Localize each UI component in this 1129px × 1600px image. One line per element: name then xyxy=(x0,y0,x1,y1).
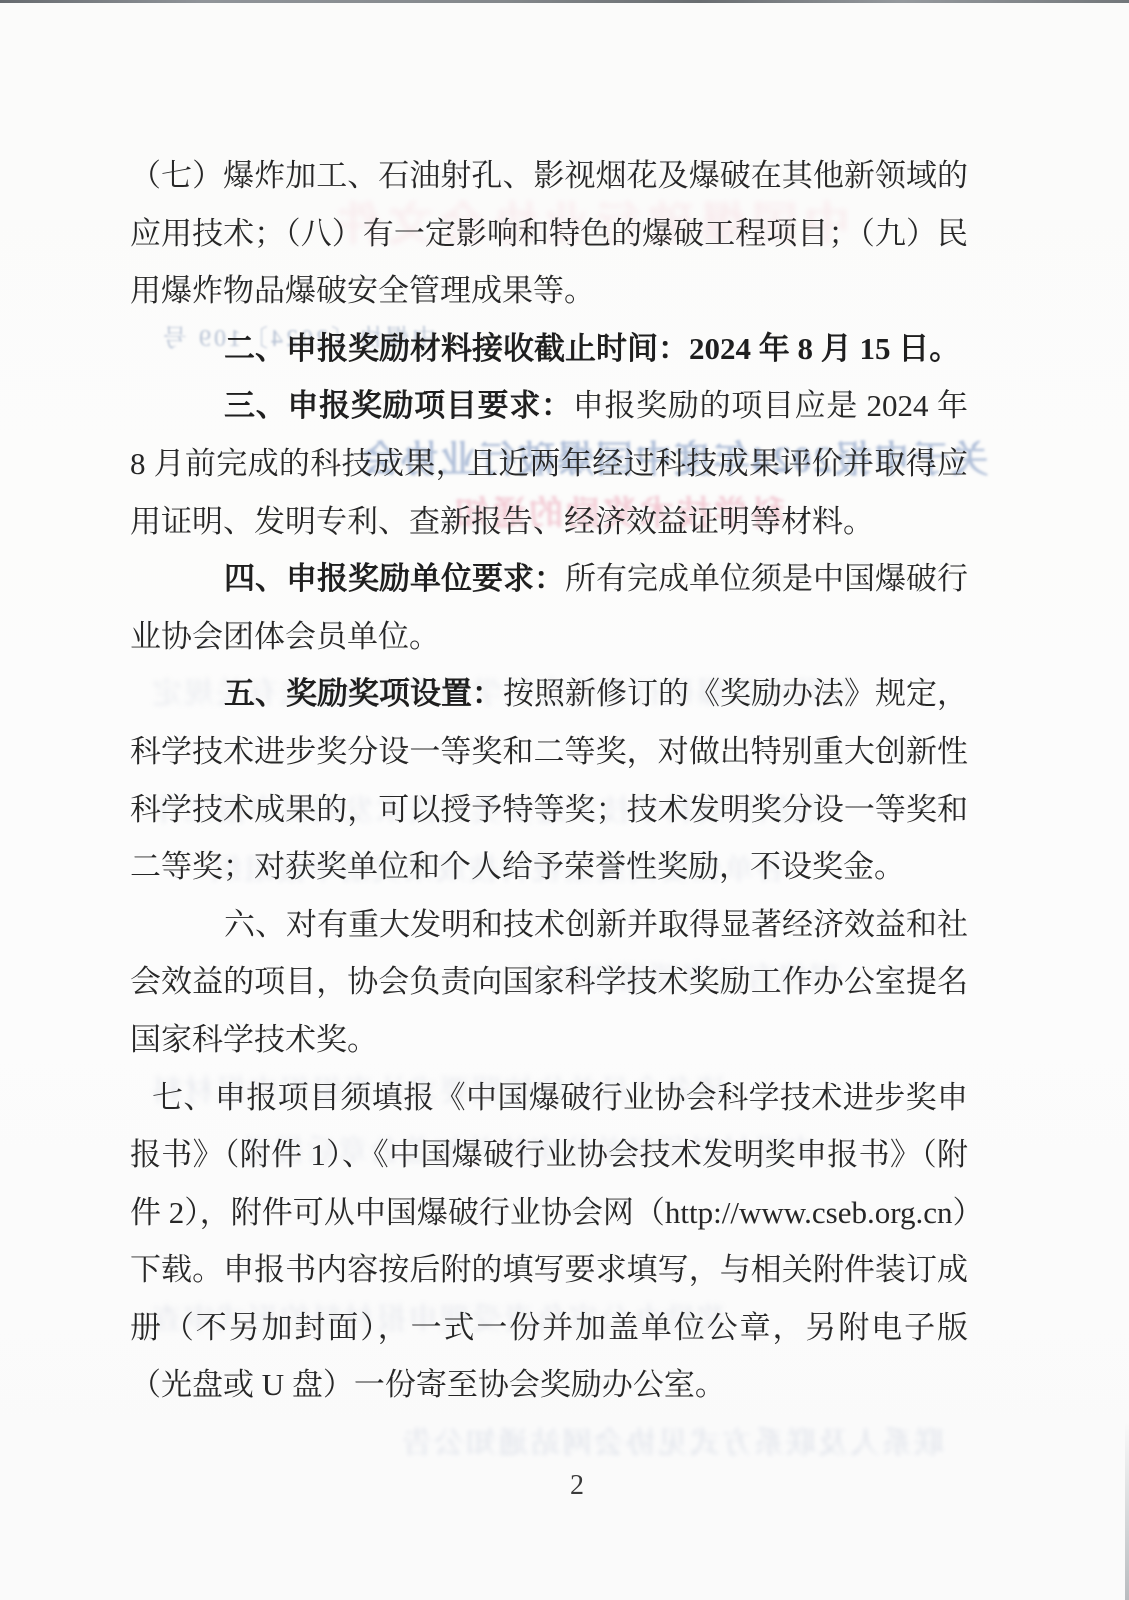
paragraph-lead: 二、申报奖励材料接收截止时间：2024 年 8 月 15 日。 xyxy=(224,331,960,366)
paragraph-section-7-application-forms: 七、申报项目须填报《中国爆破行业协会科学技术进步奖申报书》（附件 1）、《中国爆… xyxy=(130,1069,968,1415)
scanned-document-page: 中国爆破行业协会文件 中爆协〔2024〕109 号 关于申报2024年度中国爆破… xyxy=(0,0,1129,1600)
scan-edge-artifact-top xyxy=(0,0,1129,3)
paragraph-section-4-unit-requirements: 四、申报奖励单位要求：所有完成单位须是中国爆破行业协会团体会员单位。 xyxy=(130,550,968,665)
paragraph-section-5-award-setup: 五、奖励奖项设置：按照新修订的《奖励办法》规定，科学技术进步奖分设一等奖和二等奖… xyxy=(130,665,968,895)
paragraph-section-2-deadline: 二、申报奖励材料接收截止时间：2024 年 8 月 15 日。 xyxy=(130,320,968,378)
paragraph-text: 六、对有重大发明和技术创新并取得显著经济效益和社会效益的项目，协会负责向国家科学… xyxy=(130,907,968,1057)
paragraph-text: （七）爆炸加工、石油射孔、影视烟花及爆破在其他新领域的应用技术；（八）有一定影响… xyxy=(130,158,968,308)
paragraph-lead: 五、奖励奖项设置： xyxy=(224,676,503,711)
paragraph-section-6-national-nomination: 六、对有重大发明和技术创新并取得显著经济效益和社会效益的项目，协会负责向国家科学… xyxy=(130,896,968,1069)
paragraph-item-7-to-9: （七）爆炸加工、石油射孔、影视烟花及爆破在其他新领域的应用技术；（八）有一定影响… xyxy=(130,147,968,320)
bleedthrough-illegible-row: 联系人及联系方式见协会网站通知公告 xyxy=(400,1418,944,1462)
paragraph-section-3-project-requirements: 三、申报奖励项目要求：申报奖励的项目应是 2024 年 8 月前完成的科技成果，… xyxy=(130,377,968,550)
page-number: 2 xyxy=(570,1470,584,1502)
notice-body: （七）爆炸加工、石油射孔、影视烟花及爆破在其他新领域的应用技术；（八）有一定影响… xyxy=(130,147,968,1414)
scan-edge-artifact-right xyxy=(1125,1420,1129,1600)
paragraph-lead: 四、申报奖励单位要求： xyxy=(224,561,565,596)
paragraph-lead: 三、申报奖励项目要求： xyxy=(224,388,573,423)
paragraph-text: 七、申报项目须填报《中国爆破行业协会科学技术进步奖申报书》（附件 1）、《中国爆… xyxy=(130,1080,968,1403)
